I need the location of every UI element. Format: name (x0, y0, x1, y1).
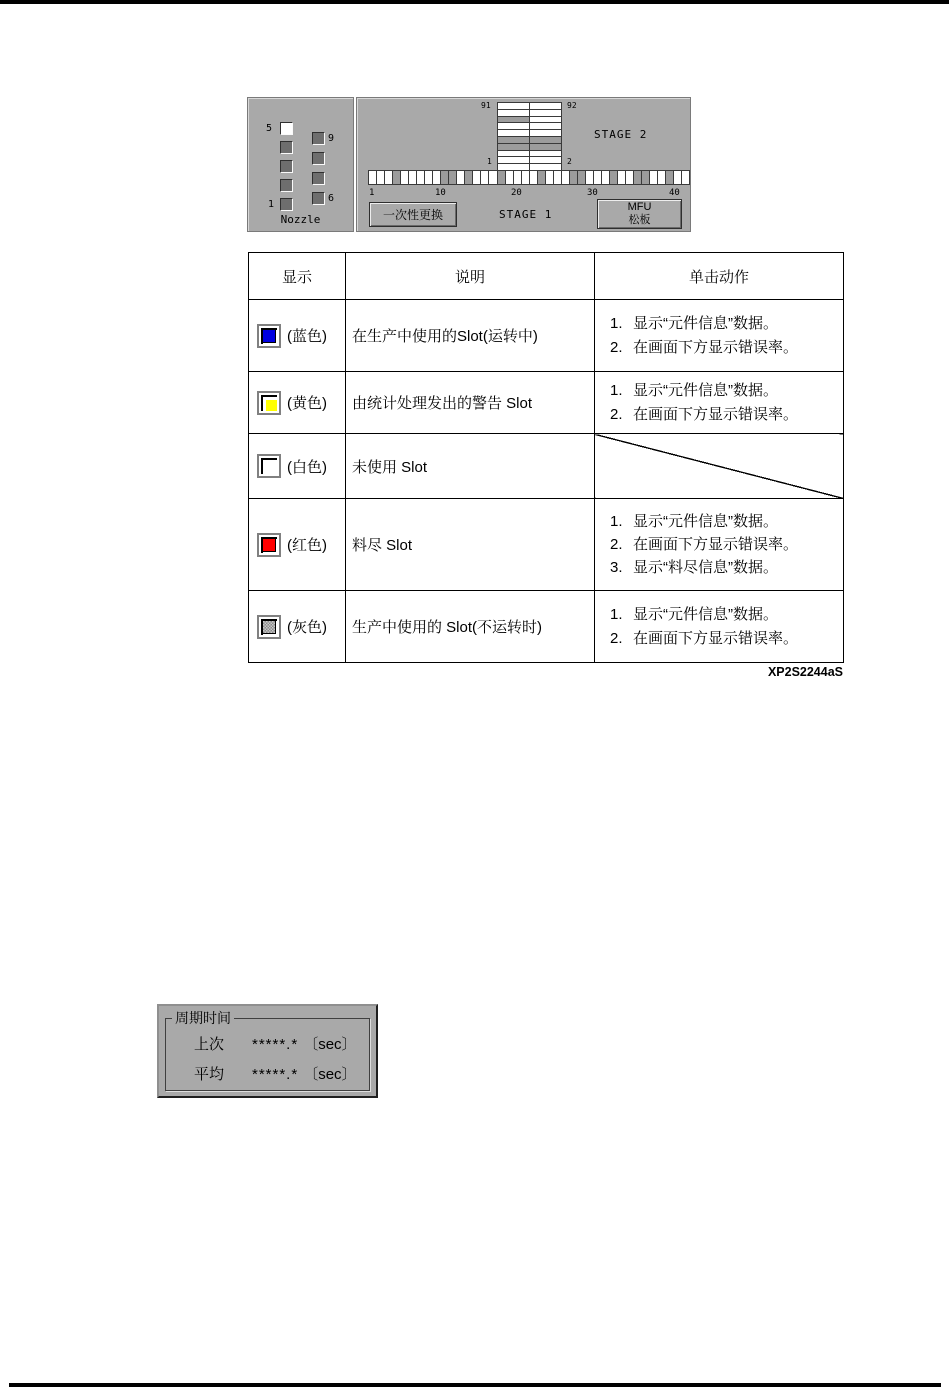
action-item: 显示“元件信息”数据。 (610, 510, 838, 533)
color-name-label: (白色) (287, 456, 327, 477)
nozzle-index-label-1: 1 (268, 200, 274, 210)
cycle-time-frame: 周期时间 上次 *****.* 〔sec〕 平均 *****.* 〔sec〕 (165, 1018, 370, 1091)
stage2-slot-label-92: 92 (567, 102, 577, 110)
nozzle-indicator-column-right (312, 132, 325, 205)
cycle-last-value: *****.* (252, 1036, 298, 1053)
mfu-button-line2: 松板 (629, 214, 651, 226)
mfu-release-button[interactable]: MFU松板 (597, 199, 682, 229)
nozzle-indicator (312, 132, 325, 145)
figure-code-label: XP2S2244aS (248, 665, 843, 679)
color-name-label: (黄色) (287, 392, 327, 413)
white-slot-swatch-icon (257, 454, 281, 478)
nozzle-indicator (312, 152, 325, 165)
action-item: 在画面下方显示错误率。 (610, 403, 838, 426)
yellow-slot-swatch-icon (257, 391, 281, 415)
legend-display-cell: (蓝色) (249, 300, 346, 372)
slot-legend-table: 显示 说明 单击动作 (蓝色) 在生产中使用的Slot(运转中) 显示“元件信息… (248, 252, 844, 663)
legend-display-cell: (黄色) (249, 372, 346, 434)
slot-cell[interactable] (681, 170, 690, 185)
cycle-average-value: *****.* (252, 1066, 298, 1083)
legend-header-description: 说明 (346, 253, 595, 300)
cycle-time-last-row: 上次 *****.* 〔sec〕 (194, 1033, 369, 1054)
nozzle-indicator-column-left (280, 122, 293, 211)
stage1-slot-strip (368, 170, 690, 185)
legend-row-blue: (蓝色) 在生产中使用的Slot(运转中) 显示“元件信息”数据。 在画面下方显… (249, 300, 844, 372)
mfu-button-line1: MFU (628, 201, 652, 213)
nozzle-indicator (280, 141, 293, 154)
cycle-time-title: 周期时间 (172, 1010, 234, 1026)
cycle-average-label: 平均 (194, 1063, 230, 1084)
legend-action-cell: 显示“元件信息”数据。 在画面下方显示错误率。 显示“料尽信息”数据。 (595, 499, 844, 591)
action-item: 在画面下方显示错误率。 (610, 336, 838, 359)
legend-action-cell: 显示“元件信息”数据。 在画面下方显示错误率。 (595, 591, 844, 663)
page-bottom-rule (9, 1383, 941, 1387)
stage2-slot-column-left (497, 102, 530, 171)
nozzle-panel: 5 1 9 6 Nozzle (247, 97, 354, 232)
nozzle-indicator (280, 198, 293, 211)
action-item: 显示“元件信息”数据。 (610, 603, 838, 626)
document-page: 5 1 9 6 Nozzle 91 92 1 2 STAGE 2 1 10 20… (0, 0, 949, 1391)
legend-header-click-action: 单击动作 (595, 253, 844, 300)
legend-display-cell: (红色) (249, 499, 346, 591)
legend-row-yellow: (黄色) 由统计处理发出的警告 Slot 显示“元件信息”数据。 在画面下方显示… (249, 372, 844, 434)
stage1-scale-tick-10: 10 (435, 189, 446, 198)
blue-slot-swatch-icon (257, 324, 281, 348)
cycle-last-unit: 〔sec〕 (303, 1033, 356, 1054)
legend-description-cell: 在生产中使用的Slot(运转中) (346, 300, 595, 372)
nozzle-indicator (280, 122, 293, 135)
legend-description-cell: 未使用 Slot (346, 434, 595, 499)
legend-header-display: 显示 (249, 253, 346, 300)
action-item: 显示“料尽信息”数据。 (610, 556, 838, 579)
stage2-slot-label-91: 91 (481, 102, 491, 110)
legend-header-row: 显示 说明 单击动作 (249, 253, 844, 300)
stage1-scale-tick-40: 40 (669, 189, 680, 198)
stage2-slot-label-1: 1 (487, 158, 492, 166)
action-item: 在画面下方显示错误率。 (610, 627, 838, 650)
legend-display-cell: (白色) (249, 434, 346, 499)
legend-description-cell: 料尽 Slot (346, 499, 595, 591)
legend-description-cell: 由统计处理发出的警告 Slot (346, 372, 595, 434)
legend-display-cell: (灰色) (249, 591, 346, 663)
cycle-average-unit: 〔sec〕 (303, 1063, 356, 1084)
stage1-scale-tick-30: 30 (587, 189, 598, 198)
nozzle-indicator (312, 192, 325, 205)
nozzle-indicator (312, 172, 325, 185)
action-item: 显示“元件信息”数据。 (610, 379, 838, 402)
nozzle-indicator (280, 179, 293, 192)
legend-row-white: (白色) 未使用 Slot (249, 434, 844, 499)
stage2-slot-column-right (529, 102, 562, 171)
action-item: 在画面下方显示错误率。 (610, 533, 838, 556)
stage1-scale-tick-1: 1 (369, 189, 374, 198)
feeder-status-panel: 5 1 9 6 Nozzle 91 92 1 2 STAGE 2 1 10 20… (247, 97, 691, 232)
cycle-time-box: 周期时间 上次 *****.* 〔sec〕 平均 *****.* 〔sec〕 (157, 1004, 378, 1098)
stage1-scale-tick-20: 20 (511, 189, 522, 198)
nozzle-index-label-6: 6 (328, 194, 334, 204)
legend-row-red: (红色) 料尽 Slot 显示“元件信息”数据。 在画面下方显示错误率。 显示“… (249, 499, 844, 591)
nozzle-indicator (280, 160, 293, 173)
stage2-slot-label-2: 2 (567, 158, 572, 166)
cycle-last-label: 上次 (194, 1033, 230, 1054)
nozzle-index-label-5: 5 (266, 124, 272, 134)
legend-description-cell: 生产中使用的 Slot(不运转时) (346, 591, 595, 663)
nozzle-index-label-9: 9 (328, 134, 334, 144)
action-item: 显示“元件信息”数据。 (610, 312, 838, 335)
red-slot-swatch-icon (257, 533, 281, 557)
legend-action-cell: 显示“元件信息”数据。 在画面下方显示错误率。 (595, 300, 844, 372)
page-top-rule (0, 0, 949, 4)
legend-action-cell: 显示“元件信息”数据。 在画面下方显示错误率。 (595, 372, 844, 434)
stage1-title: STAGE 1 (499, 208, 552, 221)
gray-slot-swatch-icon (257, 615, 281, 639)
legend-action-cell-empty (595, 434, 844, 499)
stage-panel: 91 92 1 2 STAGE 2 1 10 20 30 40 一次性更换 ST… (356, 97, 691, 232)
stage2-title: STAGE 2 (594, 128, 647, 141)
color-name-label: (灰色) (287, 616, 327, 637)
one-time-replace-button[interactable]: 一次性更换 (369, 202, 457, 227)
cycle-time-average-row: 平均 *****.* 〔sec〕 (194, 1063, 369, 1084)
nozzle-panel-title: Nozzle (248, 213, 353, 226)
color-name-label: (蓝色) (287, 325, 327, 346)
color-name-label: (红色) (287, 534, 327, 555)
legend-row-gray: (灰色) 生产中使用的 Slot(不运转时) 显示“元件信息”数据。 在画面下方… (249, 591, 844, 663)
